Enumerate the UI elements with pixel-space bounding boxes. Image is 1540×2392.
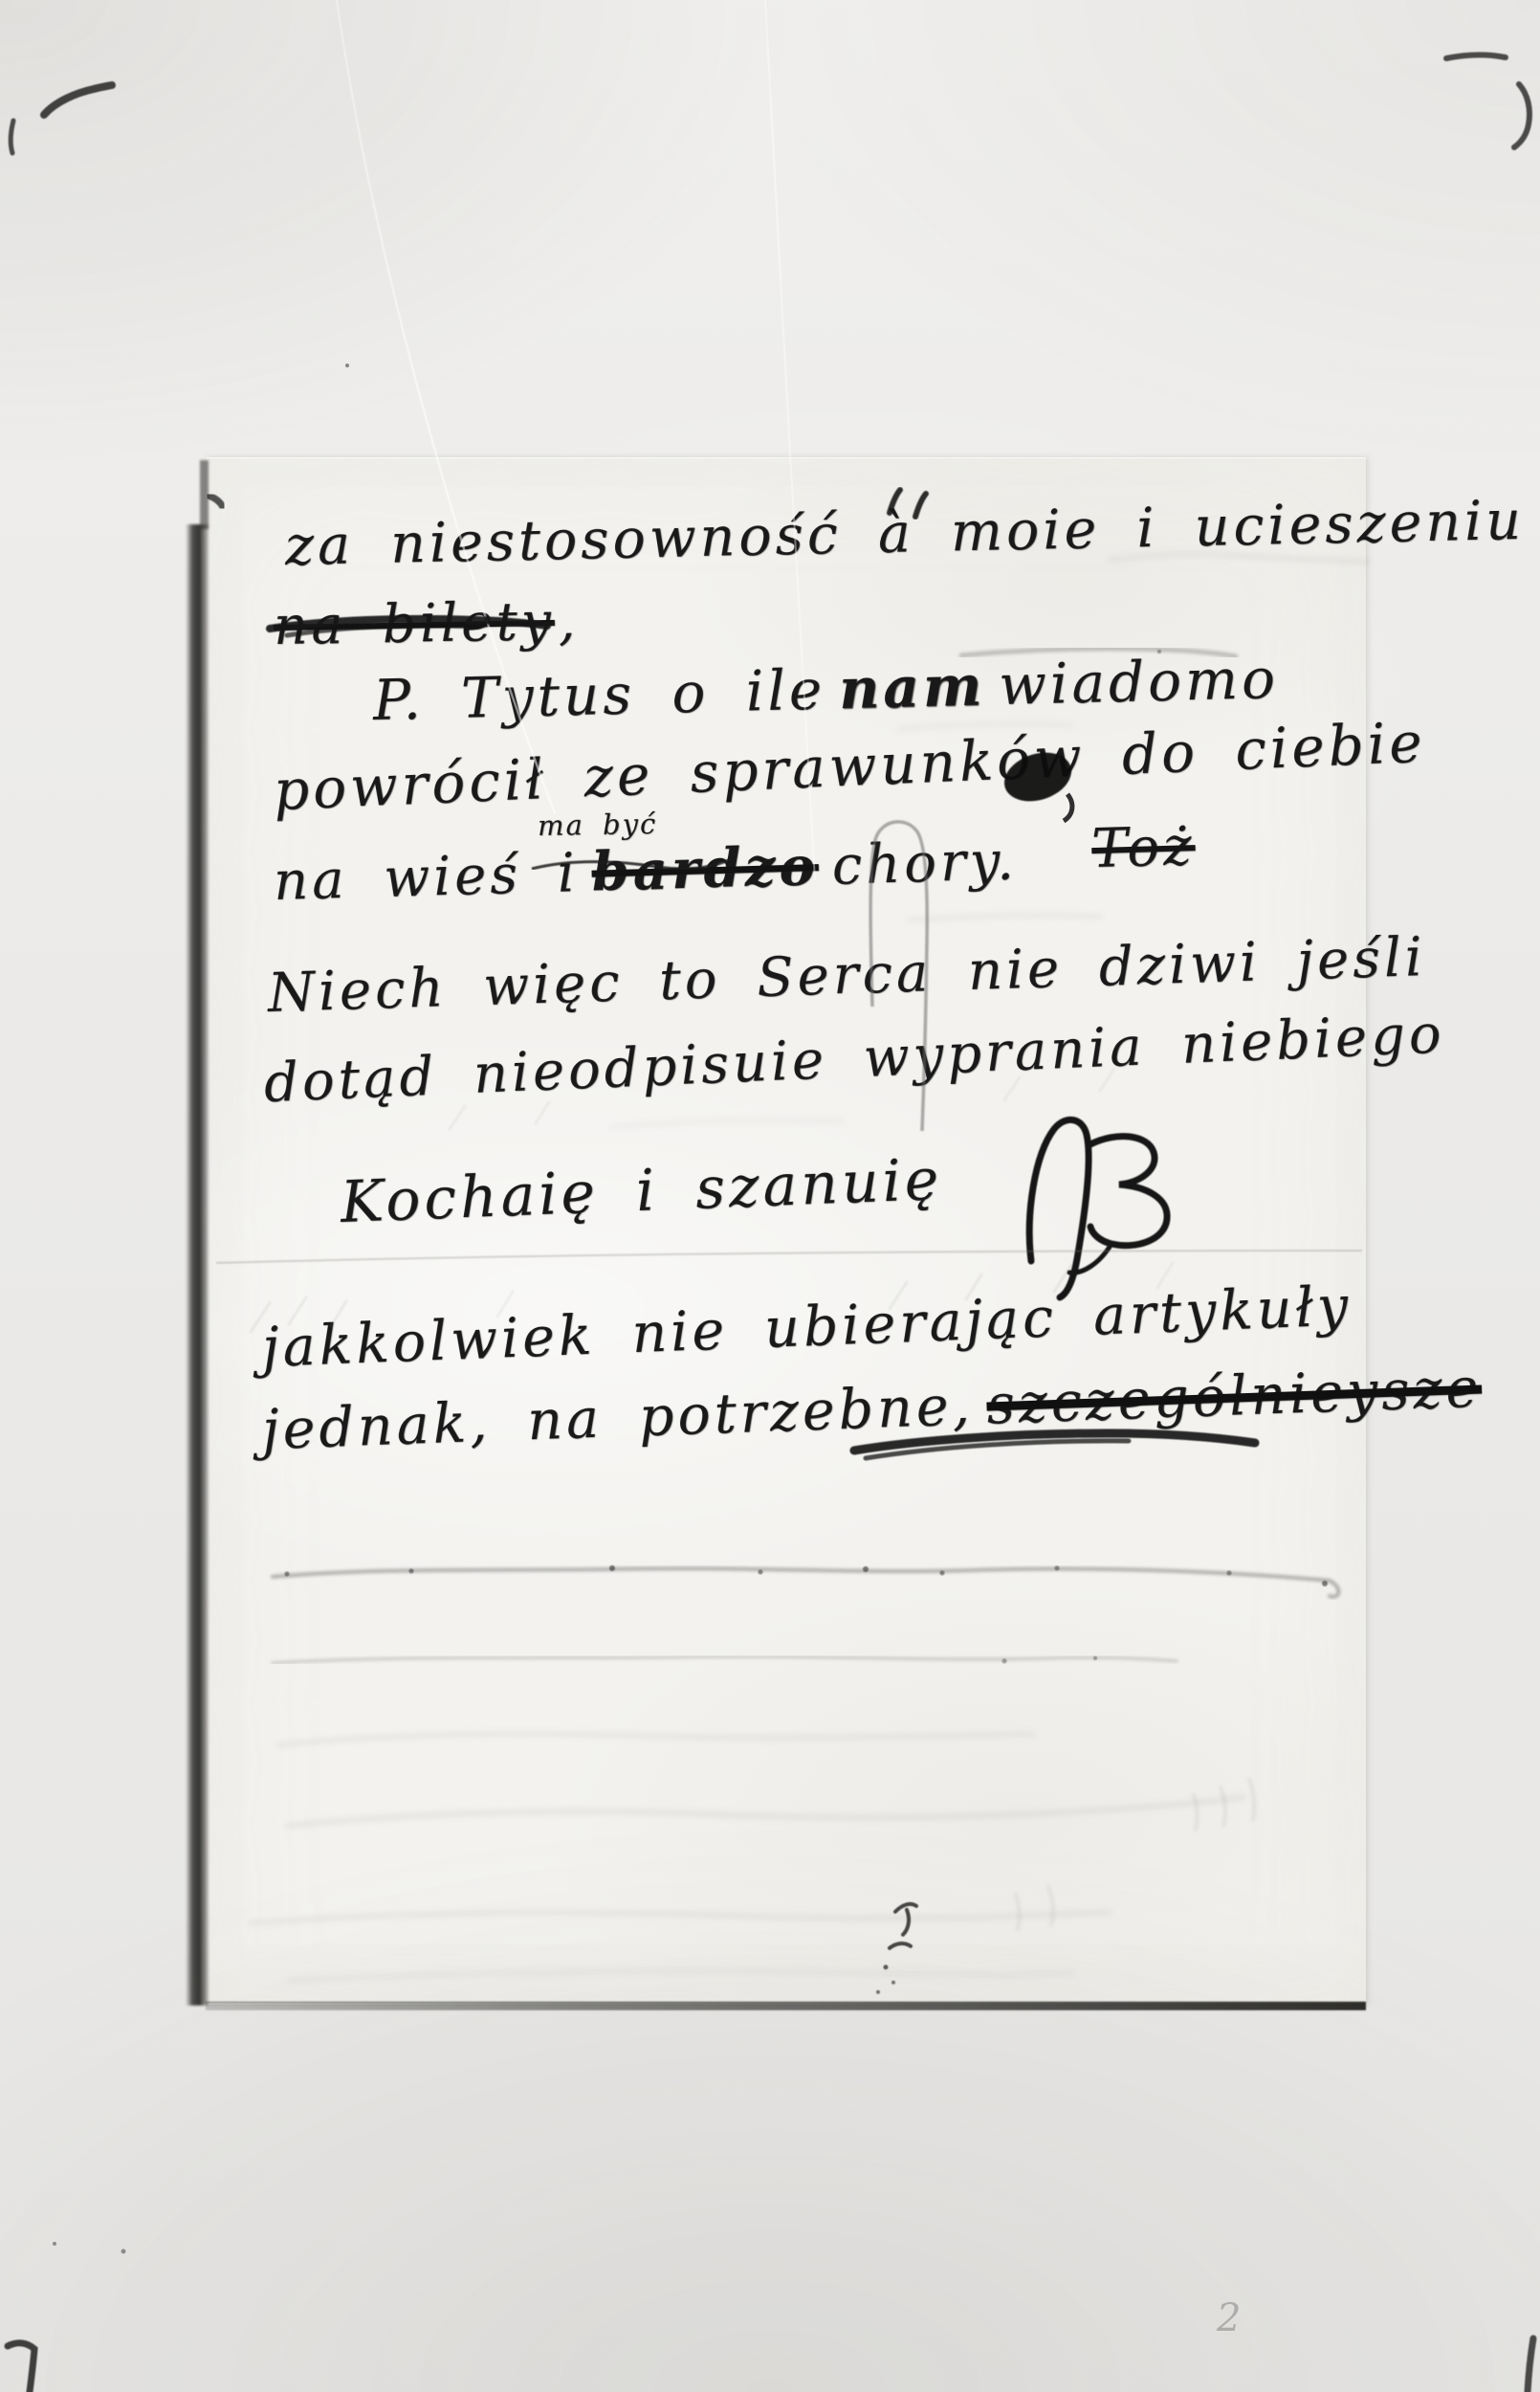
line-2-comma: , bbox=[558, 589, 580, 651]
interlinear-insertion: ma być bbox=[538, 808, 671, 842]
corner-mark-bottom-left bbox=[8, 2343, 34, 2392]
line-3-text-b: wiadomo bbox=[998, 646, 1279, 718]
handwritten-line-2: na bilety, bbox=[273, 589, 592, 656]
line-3-text-a: P. Tytus o ile bbox=[372, 656, 826, 733]
speck-1 bbox=[53, 2242, 56, 2246]
page-bottom-edge bbox=[206, 2002, 1366, 2010]
line-3-text-heavy: nam bbox=[838, 653, 986, 721]
corner-curve-top-right bbox=[1514, 84, 1529, 147]
line-2-struck-text: na bilety bbox=[273, 590, 555, 656]
corner-tick-top-left bbox=[11, 121, 13, 153]
corner-dash-top-right bbox=[1446, 55, 1506, 58]
pencil-page-number: 2 bbox=[1216, 2296, 1241, 2340]
line-5-text-a: na wieś i bbox=[273, 842, 579, 913]
corner-mark-top-left bbox=[44, 85, 112, 115]
line-5-struck-word-2: Toż bbox=[1090, 815, 1196, 880]
photo-background: za niestosowność à moie i ucieszeniu na … bbox=[0, 0, 1540, 2392]
page-left-edge-shadow-top bbox=[200, 460, 209, 529]
line-5-struck-word: bardzo bbox=[591, 834, 820, 904]
page-left-edge-shadow bbox=[186, 524, 209, 2005]
speck-3 bbox=[345, 364, 349, 367]
speck-2 bbox=[121, 2249, 126, 2254]
insertion-text: ma być bbox=[538, 808, 658, 842]
corner-mark-bottom-right bbox=[1528, 2338, 1533, 2392]
line-5-text-b: chory. bbox=[831, 830, 1019, 897]
